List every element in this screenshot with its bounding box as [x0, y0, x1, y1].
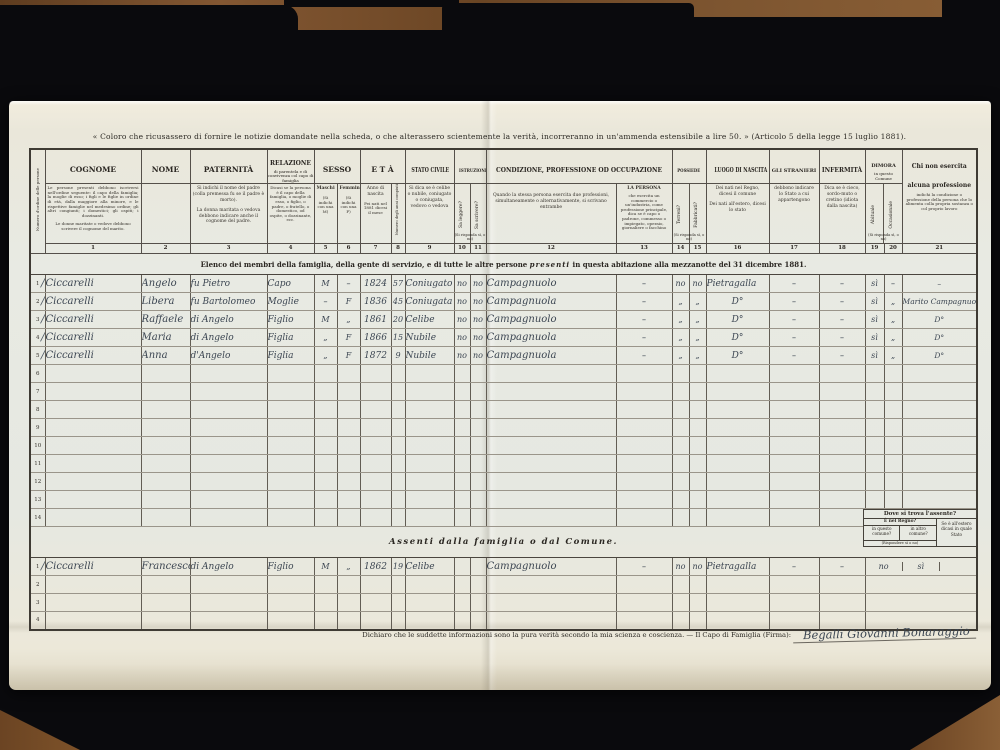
- declaration-line: Dichiaro che le suddette informazioni so…: [29, 626, 976, 641]
- absent-row-1: 1 Ciccarelli Francesco di Angelo Figlio …: [30, 558, 977, 576]
- background-cloth: [688, 17, 1000, 31]
- col-desc-istruzione: Sa leggere? Sa scrivere? (Si risponda sì…: [454, 184, 486, 244]
- col-desc-condizione: Quando la stessa persona esercita due pr…: [486, 184, 616, 244]
- col-header-stranieri: GLI STRANIERI: [769, 149, 819, 184]
- present-section-title: Elenco dei membri della famiglia, della …: [30, 254, 977, 275]
- col-header-possiede: POSSIEDE: [672, 149, 706, 184]
- cell-professione: Campagnuolo: [486, 275, 616, 293]
- col-desc-femmine: Femmine(Si indichi con una F): [337, 184, 360, 244]
- background-cloth: [284, 0, 459, 7]
- present-row-1: 1 Ciccarelli Angelo fu Pietro Capo M – 1…: [30, 275, 977, 293]
- col-header-chi-non-esercita: Chi non esercita alcuna professioneindic…: [902, 149, 977, 244]
- absent-section-title: Assenti dalla famiglia o dal Comune.: [30, 527, 977, 558]
- present-row-empty: 8: [30, 401, 977, 419]
- head-of-family-signature: Begalli Giovanni Bonaraggio: [793, 624, 976, 644]
- col-desc-relazione: Dicasi se la persona è il capo della fam…: [267, 184, 314, 244]
- wood-corner-bottom-left: [0, 710, 80, 750]
- column-numbers-row: 12 34 56 78 910 1112 1314 1516 1718 1920…: [30, 244, 977, 254]
- declaration-text: Dichiaro che le suddette informazioni so…: [362, 631, 760, 639]
- wood-corner-bottom-right: [910, 695, 1000, 750]
- present-row-empty: 10: [30, 437, 977, 455]
- present-row-empty: 6: [30, 365, 977, 383]
- col-header-dimora: DIMORAin questo Comune: [865, 149, 902, 184]
- present-row-empty: 12: [30, 473, 977, 491]
- col-desc-stranieri: debbono indicare lo Stato a cui apparten…: [769, 184, 819, 244]
- present-row-empty: 7: [30, 383, 977, 401]
- col-header-eta: E T À: [360, 149, 405, 184]
- col-desc-dimora: Abituale Occasionale (Si risponda sì, o …: [865, 184, 902, 244]
- cell-luogo-nascita: Pietragalla: [706, 275, 769, 293]
- col-desc-anno-nascita: Anno di nascitaPei nati nel 1881 dicesi …: [360, 184, 391, 244]
- col-desc-paternita: Si indichi il nome del padre (colla prem…: [190, 184, 267, 244]
- legal-warning: « Coloro che ricusassero di fornire le n…: [37, 132, 962, 141]
- present-row-4: 4 Ciccarelli Maria di Angelo Figlia „ F …: [30, 329, 977, 347]
- col-desc-maschi: Maschi(Si indichi con una M): [314, 184, 337, 244]
- col-desc-la-persona: LA PERSONAche esercita un commercio o un…: [616, 184, 672, 244]
- present-row-empty: 14: [30, 509, 977, 527]
- census-photograph: « Coloro che ricusassero di fornire le n…: [0, 0, 1000, 750]
- present-row-empty: 11: [30, 455, 977, 473]
- col-header-numero: Numero d'ordine delle persone: [30, 149, 45, 254]
- paper-sheet: « Coloro che ricusassero di fornire le n…: [9, 101, 991, 690]
- present-row-2: 2 Ciccarelli Libera fu Bartolomeo Moglie…: [30, 293, 977, 311]
- cell-cognome: Ciccarelli: [45, 275, 141, 293]
- absent-location-abroad: Se è all'estero dicasi in quale Stato: [937, 519, 976, 546]
- col-desc-anni-compiuti: Numero degli anni compiuti: [391, 184, 405, 244]
- cell-paternita: fu Pietro: [190, 275, 267, 293]
- background-cloth: [442, 3, 694, 31]
- col-header-condizione: CONDIZIONE, PROFESSIONE OD OCCUPAZIONE: [486, 149, 672, 184]
- absent-location-box: Dove si trova l'assente? È nel Regno? in…: [863, 509, 977, 547]
- col-desc-infermita: Dica se è cieco, sordo-muto o cretino (i…: [819, 184, 865, 244]
- signature-label: (Firma):: [763, 631, 791, 639]
- cell-dove-si-trova: nosì: [865, 558, 977, 576]
- col-desc-possiede: Terreni? Fabbricati? (Si risponda sì, o …: [672, 184, 706, 244]
- census-form: Numero d'ordine delle persone COGNOME NO…: [29, 148, 978, 631]
- cell-nome: Angelo: [141, 275, 190, 293]
- cell-stato-civile: Coniugato: [405, 275, 454, 293]
- col-header-luogo-nascita: LUOGO DI NASCITA: [706, 149, 769, 184]
- census-table: Numero d'ordine delle persone COGNOME NO…: [29, 148, 978, 631]
- col-header-istruzione: ISTRUZIONE: [454, 149, 486, 184]
- absent-location-this-comune: in questo comune?: [864, 526, 900, 540]
- present-row-empty: 9: [30, 419, 977, 437]
- background-cloth: [942, 0, 1000, 18]
- col-header-nome: NOME: [141, 149, 190, 184]
- col-desc-luogo-nascita: Dei nati nel Regno, dicesi il comuneDei …: [706, 184, 769, 244]
- col-header-infermita: INFERMITÀ: [819, 149, 865, 184]
- absent-location-other-comune: in altro comune?: [900, 526, 935, 540]
- col-header-relazione: RELAZIONEdi parentela e di convivenza co…: [267, 149, 314, 184]
- background-cloth: [0, 5, 298, 31]
- present-row-3: 3 Ciccarelli Raffaele di Angelo Figlio M…: [30, 311, 977, 329]
- absent-location-title: Dove si trova l'assente?: [864, 510, 976, 519]
- col-header-cognome: COGNOME: [45, 149, 141, 184]
- col-header-stato-civile: STATO CIVILE: [405, 149, 454, 184]
- absent-row-empty: 2: [30, 576, 977, 594]
- present-row-5: 5 Ciccarelli Anna d'Angelo Figlia „ F 18…: [30, 347, 977, 365]
- absent-row-empty: 3: [30, 594, 977, 612]
- col-header-paternita: PATERNITÀ: [190, 149, 267, 184]
- col-desc-stato-civile: Si dica se è celibe o nubile, coniugato …: [405, 184, 454, 244]
- col-desc-nome: [141, 184, 190, 244]
- present-row-empty: 13: [30, 491, 977, 509]
- col-desc-cognome: Le persone presenti debbono iscriversi n…: [45, 184, 141, 244]
- col-header-sesso: SESSO: [314, 149, 360, 184]
- cell-relazione: Capo: [267, 275, 314, 293]
